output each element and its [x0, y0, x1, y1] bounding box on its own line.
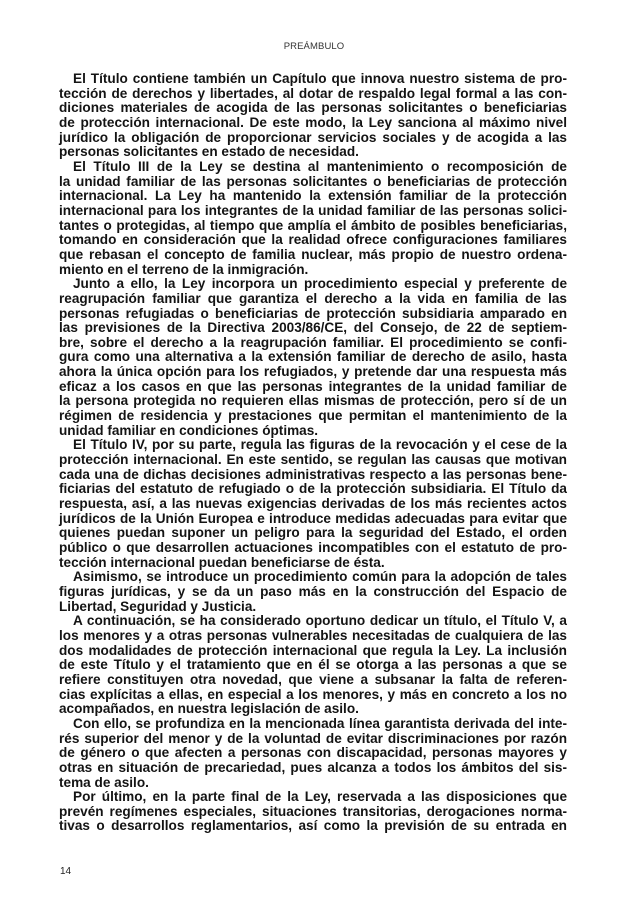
text-line: Por último, en la parte final de la Ley,…: [59, 790, 567, 805]
text-line: personas solicitantes en estado de neces…: [59, 145, 567, 160]
paragraph-reagrupacion-familiar: Junto a ello, la Ley incorpora un proced…: [59, 277, 567, 438]
text-line: internacional para los integrantes de la…: [59, 204, 567, 219]
text-line: El Título III de la Ley se destina al ma…: [59, 160, 567, 175]
text-line: la unidad familiar de las personas solic…: [59, 175, 567, 190]
text-line: dos modalidades de protección internacio…: [59, 644, 567, 659]
text-line: tivas o desarrollos reglamentarios, así …: [59, 819, 567, 834]
page-number: 14: [60, 866, 71, 877]
paragraph-procedimiento-comun: Asimismo, se introduce un procedimiento …: [59, 570, 567, 614]
paragraph-titulo-iii: El Título III de la Ley se destina al ma…: [59, 160, 567, 277]
text-line: internacional. La Ley ha mantenido la ex…: [59, 189, 567, 204]
text-line: refiere constituyen otra novedad, que vi…: [59, 673, 567, 688]
text-line: figuras jurídicas, y se da un paso más e…: [59, 585, 567, 600]
text-line: Asimismo, se introduce un procedimiento …: [59, 570, 567, 585]
text-line: de este Título y el tratamiento que en é…: [59, 658, 567, 673]
paragraph-parte-final: Por último, en la parte final de la Ley,…: [59, 790, 567, 834]
text-line: eficaz a los casos en que las personas i…: [59, 380, 567, 395]
text-line: jurídico la obligación de proporcionar s…: [59, 131, 567, 146]
text-line: Con ello, se profundiza en la mencionada…: [59, 717, 567, 732]
text-line: tección de derechos y libertades, al dot…: [59, 87, 567, 102]
text-line: reagrupación familiar que garantiza el d…: [59, 292, 567, 307]
text-line: acompañados, en nuestra legislación de a…: [59, 702, 567, 717]
text-line: prevén regímenes especiales, situaciones…: [59, 805, 567, 820]
text-line: los menores y a otras personas vulnerabl…: [59, 629, 567, 644]
running-header-title: PREÁMBULO: [0, 41, 628, 52]
paragraph-linea-garantista: Con ello, se profundiza en la mencionada…: [59, 717, 567, 790]
text-line: gura como una alternativa a la extensión…: [59, 350, 567, 365]
text-line: ahora la única opción para los refugiado…: [59, 365, 567, 380]
text-line: cada una de dichas decisiones administra…: [59, 468, 567, 483]
paragraph-titulo-v: A continuación, se ha considerado oportu…: [59, 614, 567, 717]
text-line: El Título IV, por su parte, regula las f…: [59, 438, 567, 453]
text-line: otras en situación de precariedad, pues …: [59, 761, 567, 776]
text-line: protección internacional. En este sentid…: [59, 453, 567, 468]
text-line: personas refugiadas o beneficiarias de p…: [59, 307, 567, 322]
text-line: que rebasan el concepto de familia nucle…: [59, 248, 567, 263]
text-line: tección internacional puedan beneficiars…: [59, 556, 567, 571]
text-line: régimen de residencia y prestaciones que…: [59, 409, 567, 424]
text-line: Junto a ello, la Ley incorpora un proced…: [59, 277, 567, 292]
text-line: tomando en consideración que la realidad…: [59, 233, 567, 248]
text-line: cias explícitas a ellas, en especial a l…: [59, 688, 567, 703]
text-line: Libertad, Seguridad y Justicia.: [59, 600, 567, 615]
text-line: de protección internacional. De este mod…: [59, 116, 567, 131]
text-line: jurídicos de la Unión Europea e introduc…: [59, 512, 567, 527]
text-line: tantes o protegidas, al tiempo que amplí…: [59, 219, 567, 234]
body-text: El Título contiene también un Capítulo q…: [59, 72, 567, 834]
text-line: diciones materiales de acogida de las pe…: [59, 101, 567, 116]
text-line: miento en el terreno de la inmigración.: [59, 263, 567, 278]
text-line: El Título contiene también un Capítulo q…: [59, 72, 567, 87]
text-line: quienes puedan suponer un peligro para l…: [59, 526, 567, 541]
text-line: A continuación, se ha considerado oportu…: [59, 614, 567, 629]
text-line: público o que desarrollen actuaciones in…: [59, 541, 567, 556]
text-line: unidad familiar en condiciones óptimas.: [59, 424, 567, 439]
paragraph-titulo-iv: El Título IV, por su parte, regula las f…: [59, 438, 567, 570]
text-line: respuesta, así, a las nuevas exigencias …: [59, 497, 567, 512]
text-line: las previsiones de la Directiva 2003/86/…: [59, 321, 567, 336]
text-line: tema de asilo.: [59, 776, 567, 791]
paragraph-titulo-capitulo-acogida: El Título contiene también un Capítulo q…: [59, 72, 567, 160]
text-line: de género o que afecten a personas con d…: [59, 746, 567, 761]
text-line: la persona protegida no requieren ellas …: [59, 394, 567, 409]
text-line: rés superior del menor y de la voluntad …: [59, 732, 567, 747]
text-line: ficiarias del estatuto de refugiado o de…: [59, 482, 567, 497]
text-line: bre, sobre el derecho a la reagrupación …: [59, 336, 567, 351]
